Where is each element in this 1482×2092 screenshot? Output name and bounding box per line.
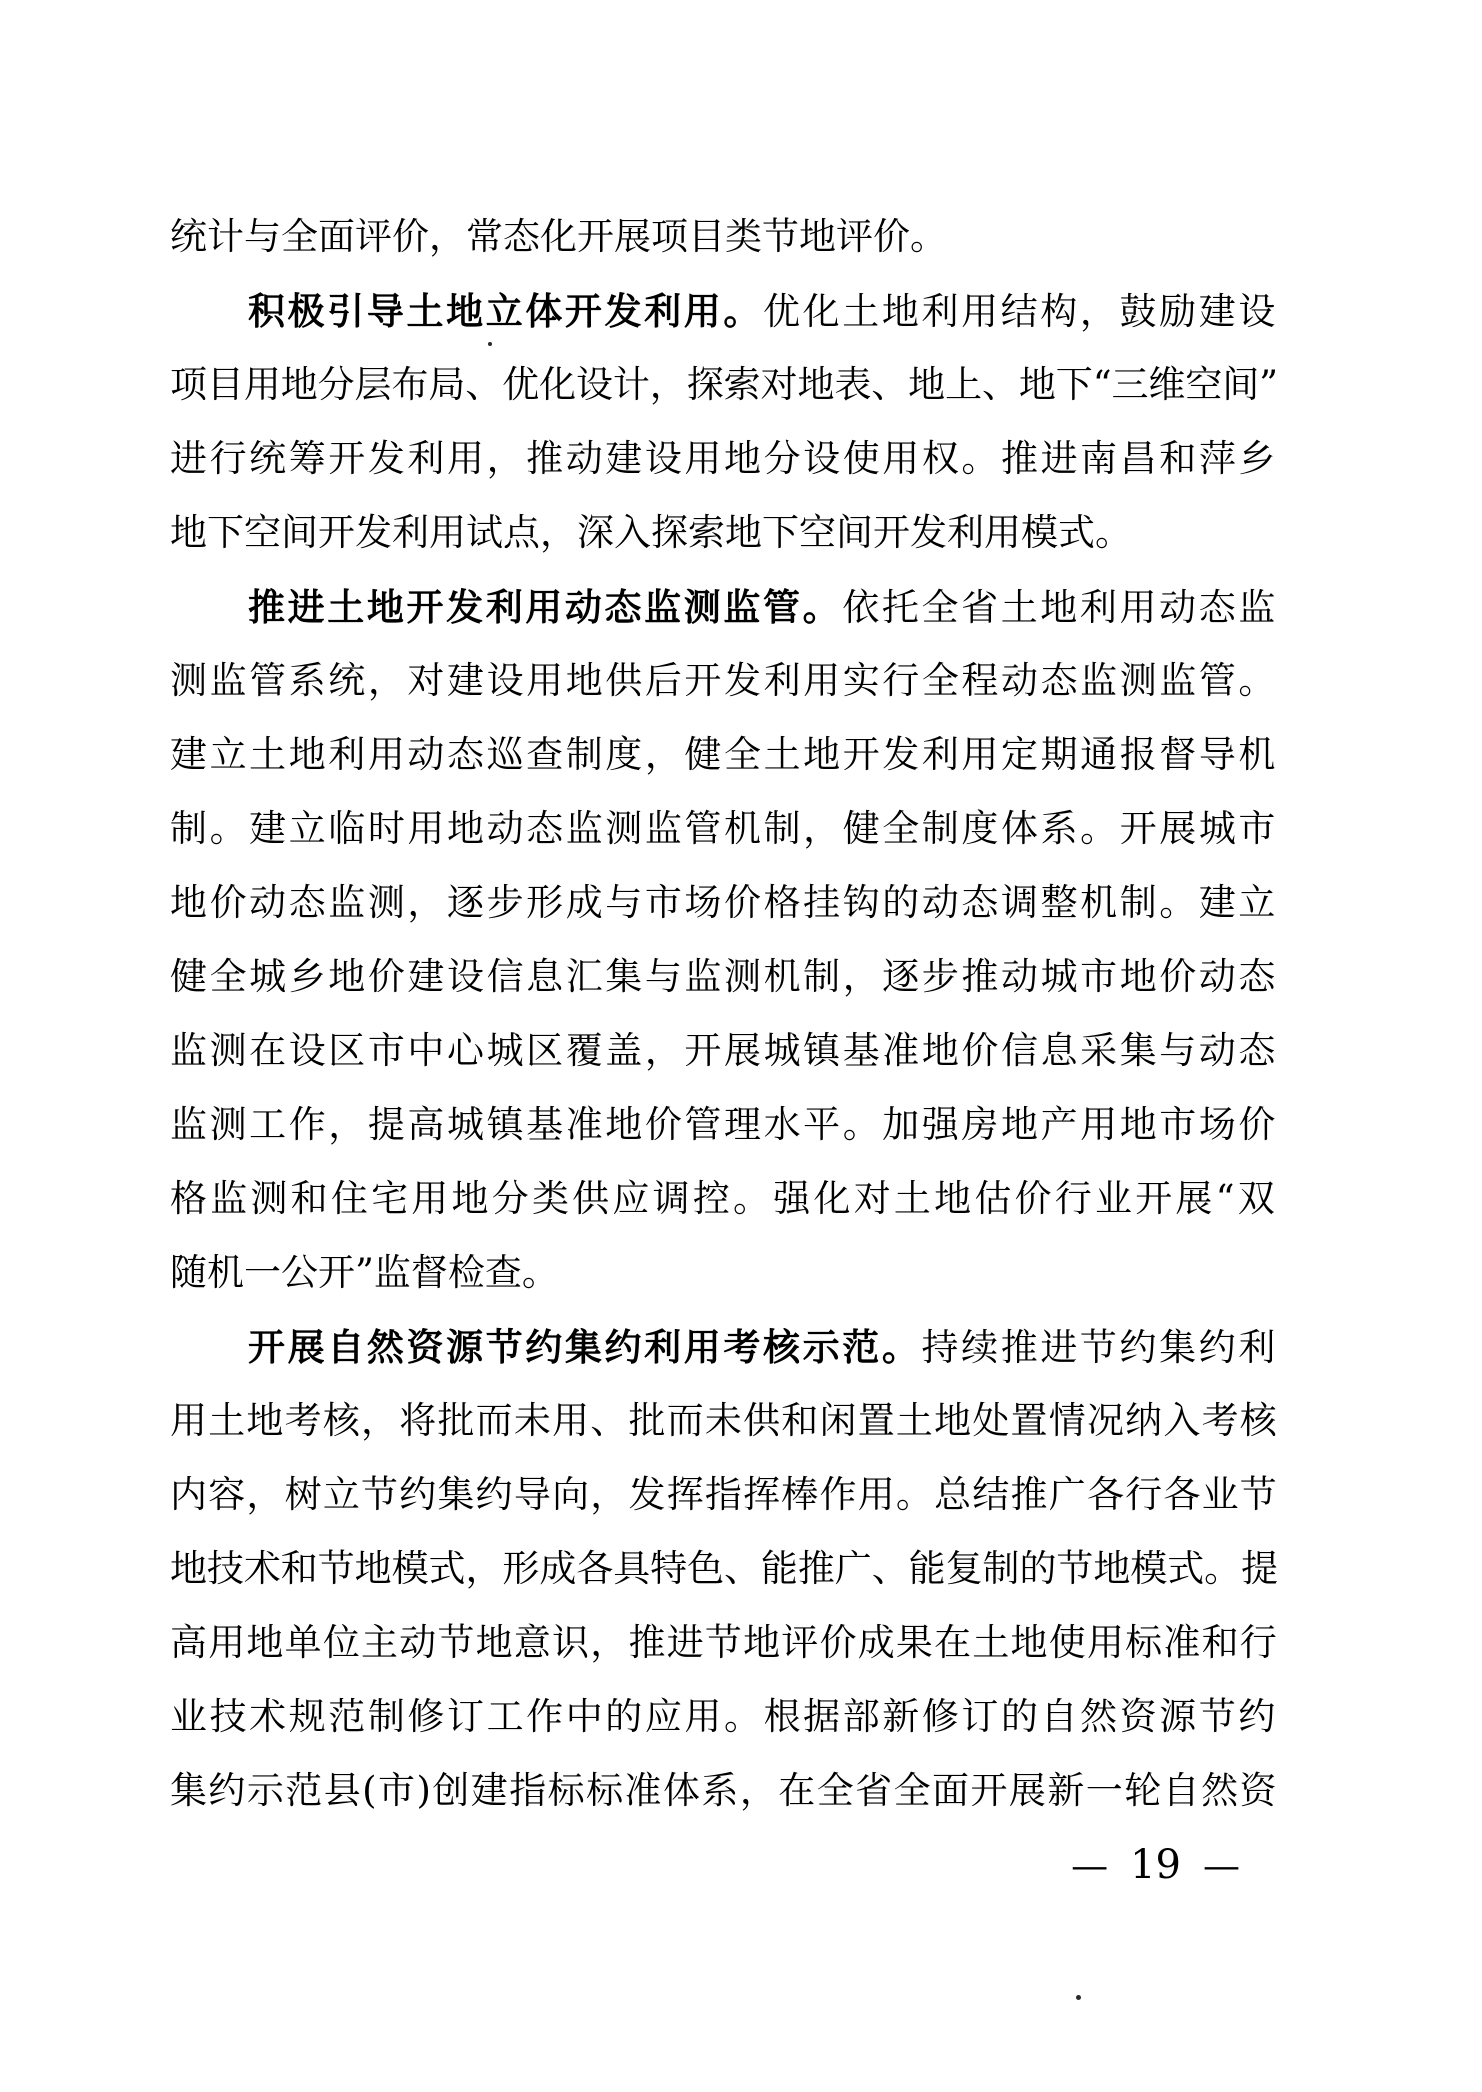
line-text: 地下空间开发利用试点，深入探索地下空间开发利用模式。 xyxy=(170,511,1132,554)
paragraph-indent xyxy=(170,1359,248,1360)
paragraph-indent xyxy=(170,619,248,620)
text-line: 高用地单位主动节地意识，推进节地评价成果在土地使用标准和行 xyxy=(170,1606,1278,1680)
text-line: 建立土地利用动态巡查制度，健全土地开发利用定期通报督导机 xyxy=(170,718,1278,792)
line-text: 业技术规范制修订工作中的应用。根据部新修订的自然资源节约 xyxy=(170,1695,1278,1738)
line-text: 随机一公开”监督检查。 xyxy=(170,1251,559,1294)
text-line: 测监管系统，对建设用地供后开发利用实行全程动态监测监管。 xyxy=(170,644,1278,718)
line-text: 建立土地利用动态巡查制度，健全土地开发利用定期通报督导机 xyxy=(170,733,1278,776)
paragraph-lead-bold: 开展自然资源节约集约利用考核示范。 xyxy=(248,1325,921,1369)
text-line: 随机一公开”监督检查。 xyxy=(170,1236,1278,1310)
text-line: 监测在设区市中心城区覆盖，开展城镇基准地价信息采集与动态 xyxy=(170,1014,1278,1088)
line-text: 制。建立临时用地动态监测监管机制，健全制度体系。开展城市 xyxy=(170,807,1278,850)
paragraph-indent xyxy=(170,323,248,324)
text-line: 内容，树立节约集约导向，发挥指挥棒作用。总结推广各行各业节 xyxy=(170,1458,1278,1532)
line-text: 优化土地利用结构，鼓励建设 xyxy=(763,290,1278,333)
ink-speck xyxy=(488,342,492,346)
page-number: —19— xyxy=(170,1828,1278,1902)
text-line: 开展自然资源节约集约利用考核示范。持续推进节约集约利 xyxy=(170,1310,1278,1384)
line-text: 监测在设区市中心城区覆盖，开展城镇基准地价信息采集与动态 xyxy=(170,1029,1278,1072)
line-text: 持续推进节约集约利 xyxy=(921,1326,1278,1369)
text-line: 制。建立临时用地动态监测监管机制，健全制度体系。开展城市 xyxy=(170,792,1278,866)
text-line: 项目用地分层布局、优化设计，探索对地表、地上、地下“三维空间” xyxy=(170,348,1278,422)
text-line: 地下空间开发利用试点，深入探索地下空间开发利用模式。 xyxy=(170,496,1278,570)
text-line: 推进土地开发利用动态监测监管。依托全省土地利用动态监 xyxy=(170,570,1278,644)
text-line: 用土地考核，将批而未用、批而未供和闲置土地处置情况纳入考核 xyxy=(170,1384,1278,1458)
line-text: 用土地考核，将批而未用、批而未供和闲置土地处置情况纳入考核 xyxy=(170,1399,1278,1442)
text-line: 积极引导土地立体开发利用。优化土地利用结构，鼓励建设 xyxy=(170,274,1278,348)
ink-speck xyxy=(1076,1995,1081,2000)
line-text: 依托全省土地利用动态监 xyxy=(842,586,1278,629)
paragraph-lead-bold: 积极引导土地立体开发利用。 xyxy=(248,289,763,333)
text-line: 格监测和住宅用地分类供应调控。强化对土地估价行业开展“双 xyxy=(170,1162,1278,1236)
paragraph-lead-bold: 推进土地开发利用动态监测监管。 xyxy=(248,585,842,629)
line-text: 健全城乡地价建设信息汇集与监测机制，逐步推动城市地价动态 xyxy=(170,955,1278,998)
line-text: 地价动态监测，逐步形成与市场价格挂钩的动态调整机制。建立 xyxy=(170,881,1278,924)
text-line: 地技术和节地模式，形成各具特色、能推广、能复制的节地模式。提 xyxy=(170,1532,1278,1606)
line-text: 集约示范县(市)创建指标标准体系，在全省全面开展新一轮自然资 xyxy=(170,1769,1278,1812)
line-text: 测监管系统，对建设用地供后开发利用实行全程动态监测监管。 xyxy=(170,659,1278,702)
text-line: 统计与全面评价，常态化开展项目类节地评价。 xyxy=(170,200,1278,274)
line-text: 内容，树立节约集约导向，发挥指挥棒作用。总结推广各行各业节 xyxy=(170,1473,1278,1516)
line-text: 监测工作，提高城镇基准地价管理水平。加强房地产用地市场价 xyxy=(170,1103,1278,1146)
line-text: 格监测和住宅用地分类供应调控。强化对土地估价行业开展“双 xyxy=(170,1177,1278,1220)
text-line: 监测工作，提高城镇基准地价管理水平。加强房地产用地市场价 xyxy=(170,1088,1278,1162)
text-line: 集约示范县(市)创建指标标准体系，在全省全面开展新一轮自然资 xyxy=(170,1754,1278,1828)
line-text: 高用地单位主动节地意识，推进节地评价成果在土地使用标准和行 xyxy=(170,1621,1278,1664)
text-block: 统计与全面评价，常态化开展项目类节地评价。 积极引导土地立体开发利用。优化土地利… xyxy=(170,200,1278,1902)
text-line: 健全城乡地价建设信息汇集与监测机制，逐步推动城市地价动态 xyxy=(170,940,1278,1014)
page-number-dash-left: — xyxy=(1071,1844,1108,1887)
line-text: 地技术和节地模式，形成各具特色、能推广、能复制的节地模式。提 xyxy=(170,1547,1278,1590)
page-number-value: 19 xyxy=(1130,1842,1181,1888)
page-number-dash-right: — xyxy=(1203,1844,1240,1887)
line-text: 项目用地分层布局、优化设计，探索对地表、地上、地下“三维空间” xyxy=(170,363,1278,406)
line-text: 进行统筹开发利用，推动建设用地分设使用权。推进南昌和萍乡 xyxy=(170,437,1278,480)
line-text: 统计与全面评价，常态化开展项目类节地评价。 xyxy=(170,215,947,258)
document-page: 统计与全面评价，常态化开展项目类节地评价。 积极引导土地立体开发利用。优化土地利… xyxy=(0,0,1482,2092)
text-line: 业技术规范制修订工作中的应用。根据部新修订的自然资源节约 xyxy=(170,1680,1278,1754)
text-line: 地价动态监测，逐步形成与市场价格挂钩的动态调整机制。建立 xyxy=(170,866,1278,940)
text-line: 进行统筹开发利用，推动建设用地分设使用权。推进南昌和萍乡 xyxy=(170,422,1278,496)
